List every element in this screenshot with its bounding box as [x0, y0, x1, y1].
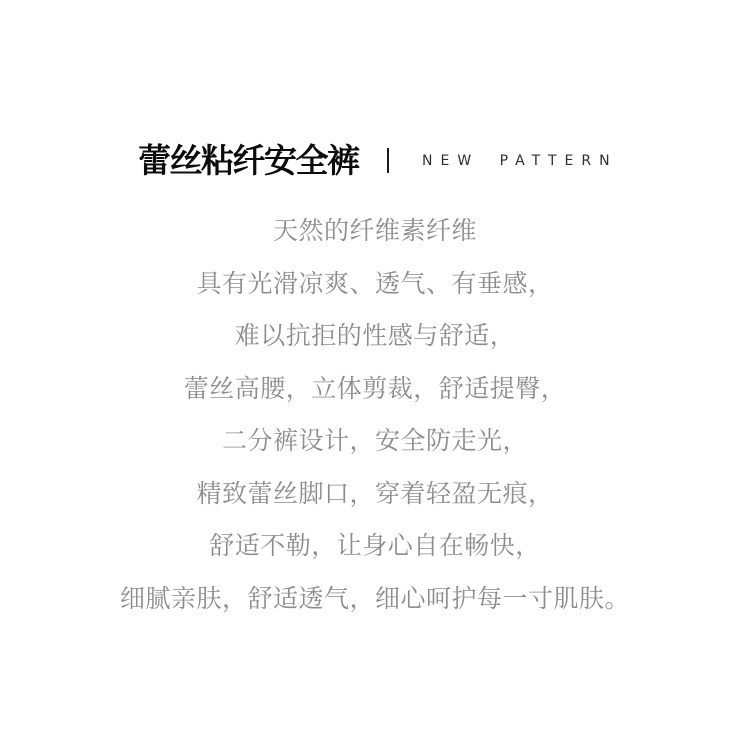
header: 蕾丝粘纤安全裤 NEW PATTERN — [138, 141, 618, 179]
vertical-divider — [387, 148, 390, 173]
description-line: 蕾丝高腰，立体剪裁，舒适提臀， — [0, 363, 750, 416]
subtitle-new-pattern: NEW PATTERN — [422, 152, 618, 168]
description-line: 精致蕾丝脚口，穿着轻盈无痕， — [0, 468, 750, 521]
description-line: 二分裤设计，安全防走光， — [0, 415, 750, 468]
description-line: 舒适不勒，让身心自在畅快， — [0, 520, 750, 573]
description-line: 具有光滑凉爽、透气、有垂感， — [0, 258, 750, 311]
product-description-page: 蕾丝粘纤安全裤 NEW PATTERN 天然的纤维素纤维 具有光滑凉爽、透气、有… — [0, 0, 750, 750]
description-line: 细腻亲肤，舒适透气，细心呵护每一寸肌肤。 — [0, 573, 750, 626]
description-line: 天然的纤维素纤维 — [0, 205, 750, 258]
description-line: 难以抗拒的性感与舒适， — [0, 310, 750, 363]
product-title: 蕾丝粘纤安全裤 — [138, 144, 359, 177]
description-block: 天然的纤维素纤维 具有光滑凉爽、透气、有垂感， 难以抗拒的性感与舒适， 蕾丝高腰… — [0, 205, 750, 625]
